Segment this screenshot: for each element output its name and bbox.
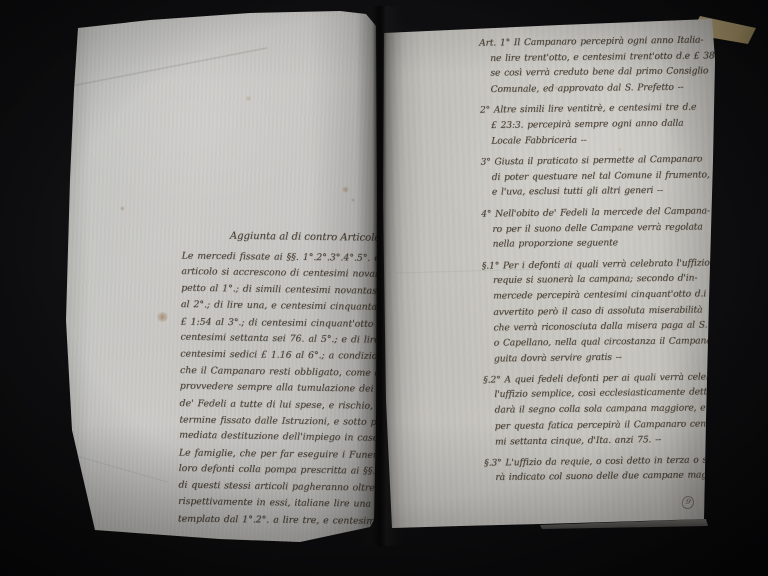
manuscript-line: rispettivamente in essi, italiane lire u…: [178, 494, 376, 513]
right-page: Art. 1° Il Campanaro percepirà ogni anno…: [376, 12, 720, 536]
manuscript-line: provvedere sempre alla tumulazione dei c…: [180, 379, 378, 399]
right-page-text-block: Art. 1° Il Campanaro percepirà ogni anno…: [490, 33, 714, 492]
page-corner-mark: 9: [681, 495, 695, 510]
manuscript-line: nella proporzione seguente: [492, 235, 710, 253]
manuscript-line: petto al 1°.; di simili centesimi novant…: [181, 280, 379, 300]
manuscript-line: §.1° Per i defonti ai quali verrà celebr…: [482, 256, 711, 275]
manuscript-line: di questi stessi articoli pagheranno olt…: [178, 477, 376, 497]
manuscript-line: guita dovrà servire gratis --: [494, 350, 712, 369]
right-page-paragraphs: Art. 1° Il Campanaro percepirà ogni anno…: [490, 33, 713, 487]
manuscript-photo-scene: Aggiunta al di contro Articolo 4.° Le me…: [0, 0, 768, 576]
manuscript-line: §.2° A quei fedeli defonti per ai quali …: [483, 370, 712, 389]
foxing-spot: [156, 312, 169, 322]
manuscript-line: mercede percepirà centesimi cinquant'ott…: [493, 287, 711, 305]
manuscript-line: 4° Nell'obito de' Fedeli la mercede del …: [481, 204, 710, 223]
manuscript-line: Art. 1° Il Campanaro percepirà ogni anno…: [479, 33, 708, 52]
paper-crease: [66, 46, 268, 88]
manuscript-paragraph: §.1° Per i defonti ai quali verrà celebr…: [493, 256, 712, 368]
manuscript-paragraph: 4° Nell'obito de' Fedeli la mercede del …: [492, 204, 711, 253]
left-page-lines: Le mercedi fissate ai §§. 1°.2°.3°.4°.5°…: [178, 248, 380, 530]
manuscript-line: §.3° L'uffizio da requie, o così detto i…: [484, 453, 713, 472]
manuscript-line: mi settanta cinque, d'Ita. anzi 75. --: [495, 433, 713, 452]
manuscript-line: centesimi sedici £ 1.16 al 6°.; a condiz…: [180, 347, 378, 366]
left-page: Aggiunta al di contro Articolo 4.° Le me…: [58, 4, 380, 556]
manuscript-line: Le famiglie, che per far eseguire i Fune…: [179, 445, 377, 464]
left-page-text-block: Aggiunta al di contro Articolo 4.° Le me…: [178, 230, 380, 530]
foxing-spot: [120, 206, 125, 211]
foxing-spot: [351, 198, 355, 202]
manuscript-line: mediata destituzione dell'impiego in cas…: [179, 428, 377, 448]
manuscript-paragraph: 3° Giusta il praticato si permette al Ca…: [491, 152, 710, 201]
manuscript-line: Le mercedi fissate ai §§. 1°.2°.3°.4°.5°…: [182, 249, 380, 268]
manuscript-paragraph: Art. 1° Il Campanaro percepirà ogni anno…: [490, 33, 709, 98]
paper-crease: [62, 451, 168, 483]
left-page-heading: Aggiunta al di contro Articolo 4.°: [230, 231, 380, 244]
manuscript-line: al 2°.; di lire una, e centesimi cinquan…: [181, 297, 379, 316]
manuscript-line: Locale Fabbriceria --: [491, 132, 709, 150]
foxing-spot: [245, 96, 252, 101]
manuscript-line: darà il segno colla sola campana maggior…: [495, 401, 713, 419]
manuscript-line: e l'uva, esclusi tutti gli altri generi …: [492, 184, 710, 202]
foxing-spot: [342, 186, 349, 193]
manuscript-paragraph: 2° Altre simili lire ventitrè, e centesi…: [491, 101, 710, 150]
manuscript-line: Comunale, ed approvato dal S. Prefetto -…: [491, 80, 709, 98]
manuscript-paragraph: §.3° L'uffizio da requie, o così detto i…: [495, 453, 713, 487]
manuscript-paragraph: §.2° A quei fedeli defonti per ai quali …: [494, 370, 713, 451]
manuscript-line: se così verrà creduto bene dal primo Con…: [490, 65, 708, 83]
manuscript-line: templato dal 1°.2°. a lire tre, e centes…: [178, 511, 376, 530]
